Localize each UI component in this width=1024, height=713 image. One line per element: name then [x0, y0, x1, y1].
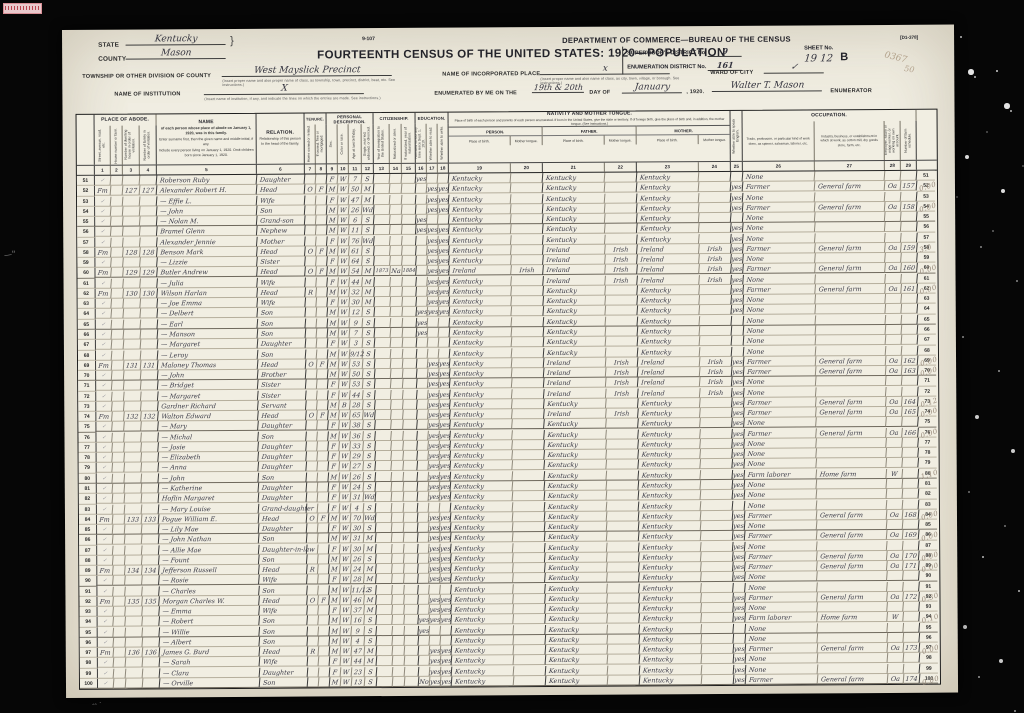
- cell-pm: Kentucky: [640, 675, 703, 686]
- line-number-right: 57: [917, 232, 935, 242]
- cell-rel: Son: [258, 431, 307, 442]
- cell-m: M: [364, 657, 377, 667]
- cell-dw: [125, 617, 143, 627]
- cell-sch: [416, 287, 428, 297]
- cell-imm: [375, 369, 392, 379]
- cell-m: Wd: [363, 492, 376, 502]
- cell-m: S: [362, 215, 375, 225]
- cell-pob: Kentucky: [451, 656, 514, 667]
- line-number-left: 55: [77, 217, 95, 227]
- cell-nat: [393, 677, 406, 687]
- cell-sex: F: [329, 503, 341, 513]
- cell-t2: [316, 195, 328, 205]
- cell-wr: [440, 502, 452, 512]
- column-number: [917, 161, 935, 170]
- cell-pob: Kentucky: [449, 286, 512, 297]
- cell-eng: yes: [732, 459, 745, 469]
- cell-imm: [373, 174, 390, 184]
- cell-ind: [815, 304, 886, 315]
- state-value: Kentucky: [126, 34, 227, 46]
- cell-sch: [417, 430, 429, 440]
- cell-name: — Robert: [159, 616, 260, 627]
- cell-mtf: [606, 439, 639, 449]
- cell-hn: [111, 278, 124, 288]
- line-number-left: 72: [78, 391, 96, 401]
- cell-occ: None: [744, 479, 817, 490]
- cell-m: S: [362, 246, 375, 256]
- cell-farm: [903, 664, 920, 674]
- cell-rel: Son: [258, 472, 307, 483]
- cell-eng: yes: [731, 254, 744, 264]
- cell-pm: Ireland: [638, 388, 701, 399]
- cell-occ: Farmer: [743, 182, 816, 193]
- cell-hn: [111, 227, 124, 237]
- cell-ny: [402, 205, 417, 215]
- cell-name: — Rosie: [159, 575, 260, 586]
- cell-mtm: [701, 500, 734, 510]
- cell-hn: [111, 196, 124, 206]
- cell-age: 13: [352, 677, 366, 687]
- cell-emp: Oa: [885, 243, 902, 253]
- cell-nat: [390, 205, 403, 215]
- cell-emp: Oa: [886, 356, 903, 366]
- cell-fam: [140, 278, 158, 288]
- cell-pm: Kentucky: [638, 347, 701, 358]
- cell-mt: [514, 676, 547, 686]
- cell-rel: Son: [259, 616, 308, 627]
- cell-hn: [112, 443, 125, 453]
- cell-fam: [140, 319, 158, 329]
- cell-eng: yes: [733, 593, 746, 603]
- cell-dw: 130: [123, 288, 141, 298]
- cell-imm: [374, 256, 391, 266]
- cell-mtf: Irish: [606, 409, 639, 419]
- cell-ind: General farm: [815, 263, 886, 274]
- cell-ny: [404, 502, 419, 512]
- cell-hn: [113, 597, 126, 607]
- cell-ind: [816, 489, 887, 500]
- name-col-header: NAME of each person whose place of abode…: [157, 114, 257, 165]
- cell-mt: [513, 553, 546, 563]
- cell-sch: yes: [418, 625, 430, 635]
- cell-pm: Kentucky: [637, 193, 700, 204]
- cell-hn: [113, 555, 126, 565]
- cell-eng: yes: [731, 182, 744, 192]
- cell-fam: [141, 350, 159, 360]
- cell-farm: [902, 417, 919, 427]
- cell-fam: [141, 494, 159, 504]
- cell-m: M: [364, 595, 377, 605]
- cell-m: S: [362, 308, 375, 318]
- cell-m: M: [362, 184, 375, 194]
- cell-st: ✓: [97, 658, 114, 668]
- cell-imm: [376, 656, 393, 666]
- cell-emp: [887, 571, 904, 581]
- cell-wr: yes: [439, 389, 451, 399]
- cell-fam: 135: [142, 596, 160, 606]
- cell-hn: [111, 299, 124, 309]
- cell-rd: yes: [428, 471, 440, 481]
- cell-pm: Kentucky: [639, 593, 702, 604]
- cell-m: S: [363, 482, 376, 492]
- cell-emp: [886, 417, 903, 427]
- cell-st: ✓: [96, 453, 113, 463]
- cell-ny: [404, 605, 419, 615]
- cell-emp: [886, 479, 903, 489]
- cell-mt: [512, 337, 545, 347]
- cell-pf: Ireland: [544, 388, 607, 399]
- cell-dw: [123, 278, 141, 288]
- cell-rd: [428, 348, 440, 358]
- cell-mt: [512, 348, 545, 358]
- cell-sex: F: [330, 667, 342, 677]
- cell-nat: [391, 482, 404, 492]
- cell-name: — John Nathan: [159, 534, 260, 545]
- cell-age: 38: [350, 421, 364, 431]
- cell-mt: [512, 471, 545, 481]
- cell-rel: Daughter: [259, 524, 308, 535]
- line-number-left: 90: [79, 576, 97, 586]
- cell-pf: Kentucky: [543, 234, 606, 245]
- abode-group-title: PLACE OF ABODE.: [95, 114, 157, 125]
- col16-label: Attended school any time since Sept. 1, …: [416, 124, 427, 163]
- cell-rd: yes: [428, 358, 440, 368]
- cell-hn: [113, 617, 126, 627]
- cell-pf: Kentucky: [544, 481, 607, 492]
- cell-mtf: [607, 655, 640, 665]
- cell-ind: [815, 233, 886, 244]
- cell-dw: [126, 679, 144, 689]
- cell-imm: [376, 585, 393, 595]
- cell-dw: [125, 545, 143, 555]
- cell-emp: Oa: [885, 263, 902, 273]
- cell-emp: [888, 664, 905, 674]
- cell-mtm: [699, 182, 732, 192]
- line-number-right: 66: [918, 325, 936, 335]
- line-number-left: 80: [79, 473, 97, 483]
- cell-sex: F: [327, 236, 339, 246]
- cell-pm: Kentucky: [637, 182, 700, 193]
- cell-farm: 157: [901, 181, 918, 191]
- cell-occ: Farmer: [743, 284, 816, 295]
- cell-hn: [112, 473, 125, 483]
- cell-mtm: [701, 572, 734, 582]
- cell-age: 37: [351, 605, 365, 615]
- cell-age: 54: [349, 267, 363, 277]
- line-number-left: 94: [80, 617, 98, 627]
- cell-pm: Ireland: [638, 377, 701, 388]
- cell-mtm: Irish: [700, 377, 733, 387]
- cell-name: — Margaret: [158, 339, 259, 350]
- cell-ny: [404, 543, 419, 553]
- cell-mt: [511, 235, 544, 245]
- cell-pf: Kentucky: [545, 532, 608, 543]
- cell-imm: [376, 626, 393, 636]
- cell-age: 31: [351, 533, 365, 543]
- line-number-left: 71: [78, 381, 96, 391]
- cell-mtf: [608, 675, 641, 685]
- cell-pf: Kentucky: [543, 183, 606, 194]
- cell-imm: [374, 307, 391, 317]
- pencil-mark-50: 50: [904, 64, 916, 75]
- cell-m: S: [363, 472, 376, 482]
- cell-t2: [317, 390, 329, 400]
- cell-m: S: [363, 359, 376, 369]
- cell-ind: [816, 458, 887, 469]
- cell-eng: [731, 336, 744, 346]
- cell-nat: [393, 667, 406, 677]
- cell-ind: [817, 623, 888, 634]
- cell-ind: [815, 192, 886, 203]
- cell-mt: [511, 317, 544, 327]
- cell-farm: [901, 304, 918, 314]
- cell-ind: [816, 387, 887, 398]
- line-number-left: 69: [78, 361, 96, 371]
- cell-emp: [887, 540, 904, 550]
- cell-hn: [111, 176, 124, 186]
- cell-nat: [390, 277, 403, 287]
- cell-wr: yes: [440, 543, 452, 553]
- cell-t2: [317, 472, 329, 482]
- cell-farm: 159: [901, 243, 918, 253]
- cell-farm: [901, 191, 918, 201]
- cell-mt: [512, 358, 545, 368]
- cell-sex: M: [329, 585, 341, 595]
- cell-mtf: [607, 593, 640, 603]
- column-number: 3: [123, 166, 140, 175]
- cell-t2: [316, 205, 328, 215]
- cell-st: ✓: [95, 299, 112, 309]
- cell-rel: Son: [259, 554, 308, 565]
- cell-name: — Sarah: [159, 657, 260, 668]
- cell-sex: M: [329, 554, 341, 564]
- column-number: 24: [699, 162, 731, 171]
- cell-ny: [404, 554, 419, 564]
- cell-ny: [404, 574, 419, 584]
- sheet-letter: B: [840, 51, 848, 63]
- cell-hn: [112, 484, 125, 494]
- cell-fam: [140, 175, 158, 185]
- line-number-right: 91: [919, 581, 937, 591]
- cell-hn: [113, 586, 126, 596]
- cell-hn: [112, 463, 125, 473]
- cell-st: Fm: [95, 289, 112, 299]
- pencil-annotations: 0.000.003.00.000.000.000.000.120.000.001…: [62, 25, 954, 30]
- cell-pob: Kentucky: [448, 173, 511, 184]
- cell-age: 50: [350, 369, 364, 379]
- cell-fam: 131: [141, 360, 159, 370]
- institution-label: NAME OF INSTITUTION: [114, 91, 180, 97]
- cell-emp: [885, 304, 902, 314]
- cell-mtf: [605, 337, 638, 347]
- cell-hn: [112, 360, 125, 370]
- cell-c: W: [341, 667, 353, 677]
- cell-eng: yes: [732, 480, 745, 490]
- cell-hn: [112, 381, 125, 391]
- cell-mtm: Irish: [699, 244, 732, 254]
- cell-wr: yes: [438, 235, 450, 245]
- cell-mtf: [605, 214, 638, 224]
- cell-rel: Head: [257, 287, 306, 298]
- cell-ny: [405, 667, 420, 677]
- cell-c: W: [338, 236, 350, 246]
- cell-emp: Oa: [887, 510, 904, 520]
- cell-emp: W: [886, 469, 903, 479]
- line-number-right: 99: [920, 663, 938, 673]
- cell-mt: [512, 389, 545, 399]
- pob-label-3: Place of birth.: [637, 134, 699, 144]
- cell-name: — Effie L.: [157, 195, 258, 206]
- cell-pob: Kentucky: [451, 615, 514, 626]
- cell-t2: [318, 503, 330, 513]
- cell-pm: Kentucky: [639, 542, 702, 553]
- cell-c: W: [340, 544, 352, 554]
- cell-mtf: Irish: [605, 255, 638, 265]
- cell-eng: yes: [733, 654, 746, 664]
- cell-occ: None: [744, 387, 817, 398]
- cell-emp: [887, 581, 904, 591]
- cell-ny: [402, 287, 417, 297]
- column-number: 21: [543, 163, 605, 172]
- cell-dw: [125, 535, 143, 545]
- cell-eng: [731, 213, 744, 223]
- cell-name: Alexander Jennie: [157, 236, 258, 247]
- cell-occ: None: [743, 305, 816, 316]
- cell-mtf: [607, 634, 640, 644]
- cell-ny: [403, 441, 418, 451]
- line-number-right: 67: [918, 335, 936, 345]
- cell-st: ✓: [98, 679, 115, 689]
- line-number-left: 67: [78, 340, 96, 350]
- cell-rel: Head: [257, 267, 306, 278]
- cell-imm: [374, 184, 391, 194]
- cell-hn: [112, 350, 125, 360]
- line-number-left: 99: [80, 669, 98, 679]
- cell-pf: Kentucky: [543, 224, 606, 235]
- cell-nat: [392, 626, 405, 636]
- line-col-header: [77, 115, 95, 165]
- cell-pf: Ireland: [543, 245, 606, 256]
- cell-nat: [392, 585, 405, 595]
- cell-farm: 171: [903, 561, 920, 571]
- cell-m: S: [363, 379, 376, 389]
- cell-ind: General farm: [816, 356, 887, 367]
- cell-farm: [902, 448, 919, 458]
- cell-eng: yes: [732, 449, 745, 459]
- enumerator-label: ENUMERATOR: [830, 88, 872, 94]
- cell-imm: [374, 236, 391, 246]
- cell-ind: General farm: [817, 592, 888, 603]
- cell-pob: Kentucky: [449, 194, 512, 205]
- cell-mtf: [607, 563, 640, 573]
- cell-m: S: [364, 503, 377, 513]
- cell-imm: [374, 328, 391, 338]
- cell-mt: [511, 214, 544, 224]
- cell-mt: [514, 666, 547, 676]
- cell-age: 4: [351, 503, 365, 513]
- cell-occ: Farmer: [743, 264, 816, 275]
- cell-farm: [903, 633, 920, 643]
- cell-t1: [306, 472, 318, 482]
- cell-nat: [390, 215, 403, 225]
- cell-pm: Kentucky: [637, 234, 700, 245]
- cell-nat: [390, 256, 403, 266]
- cell-farm: [901, 294, 918, 304]
- cell-pf: Kentucky: [543, 286, 606, 297]
- cell-eng: yes: [733, 644, 746, 654]
- cell-ny: [403, 348, 418, 358]
- cell-farm: 160: [901, 263, 918, 273]
- cell-ind: [818, 664, 889, 675]
- cell-eng: yes: [731, 192, 744, 202]
- cell-dw: [123, 227, 141, 237]
- cell-emp: [885, 253, 902, 263]
- cell-nat: Na: [390, 266, 403, 276]
- census-sheet: STATE Kentucky COUNTY Mason } 9-107 DEPA…: [62, 25, 958, 698]
- cell-pob: Kentucky: [449, 327, 512, 338]
- line-number-left: 74: [78, 412, 96, 422]
- cell-fam: [141, 483, 159, 493]
- cell-wr: [439, 348, 451, 358]
- cell-pm: Kentucky: [638, 470, 701, 481]
- cell-wr: yes: [440, 512, 452, 522]
- cell-emp: [887, 623, 904, 633]
- cell-dw: [125, 504, 143, 514]
- cell-st: Fm: [97, 514, 114, 524]
- cell-mt: [512, 491, 545, 501]
- cell-eng: yes: [732, 439, 745, 449]
- line-number-left: 84: [79, 515, 97, 525]
- cell-age: 6: [349, 215, 363, 225]
- cell-t1: [305, 236, 317, 246]
- line-number-left: 70: [78, 371, 96, 381]
- cell-c: W: [340, 503, 352, 513]
- cell-hn: [112, 401, 125, 411]
- cell-rel: Daughter: [258, 441, 307, 452]
- relation-col-header: RELATION. Relationship of this person to…: [257, 114, 305, 164]
- cell-hn: [112, 391, 125, 401]
- cell-rel: Son: [259, 626, 308, 637]
- cell-eng: yes: [732, 490, 745, 500]
- cell-pf: Kentucky: [543, 337, 606, 348]
- cell-emp: [885, 191, 902, 201]
- cell-pob: Kentucky: [450, 338, 513, 349]
- cell-rel: Head: [259, 513, 308, 524]
- line-number-left: 82: [79, 494, 97, 504]
- table-body: 51✓Roberson RubyDaughterFW7SyesKentuckyK…: [77, 171, 940, 690]
- cell-fam: [141, 340, 159, 350]
- cell-name: — Allie Mae: [159, 544, 260, 555]
- cell-name: — Delbert: [157, 308, 258, 319]
- cell-age: 32: [349, 287, 363, 297]
- cell-pob: Kentucky: [451, 594, 514, 605]
- cell-pm: Ireland: [638, 357, 701, 368]
- cell-rel: Mother: [257, 236, 306, 247]
- cell-st: ✓: [97, 586, 114, 596]
- cell-fam: [140, 206, 158, 216]
- cell-rel: Head: [257, 246, 306, 257]
- cell-mt: [511, 286, 544, 296]
- cell-c: W: [340, 585, 352, 595]
- cell-st: ✓: [97, 535, 114, 545]
- cell-dw: [125, 586, 143, 596]
- cell-pf: Ireland: [543, 275, 606, 286]
- line-number-left: 53: [77, 196, 95, 206]
- cell-rel: Grand-daughter: [259, 503, 308, 514]
- cell-farm: [903, 540, 920, 550]
- cell-wr: yes: [441, 666, 453, 676]
- ward-value: ✓: [764, 62, 825, 73]
